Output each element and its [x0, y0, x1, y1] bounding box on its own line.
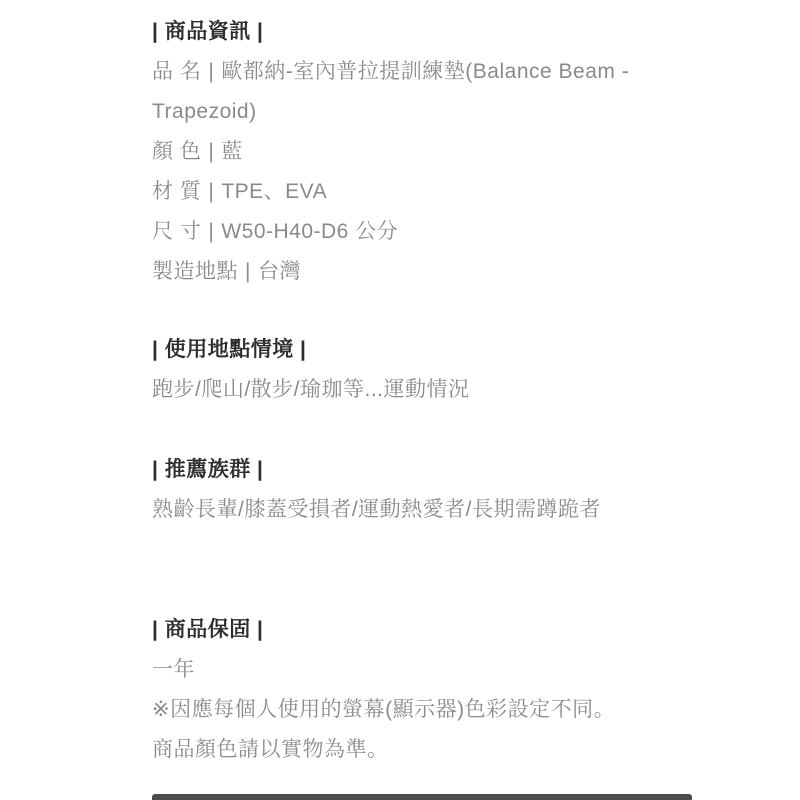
section-warranty: | 商品保固 | 一年 ※因應每個人使用的螢幕(顯示器)色彩設定不同。 商品顏色…: [152, 610, 652, 770]
usage-context-body: 跑步/爬山/散步/瑜珈等...運動情況: [152, 370, 652, 410]
spec-label: 顏 色: [152, 140, 201, 163]
section-product-info: | 商品資訊 | 品 名|歐都納-室內普拉提訓練墊(Balance Beam -…: [152, 12, 652, 292]
spec-label: 材 質: [152, 180, 201, 203]
spec-separator: |: [238, 260, 258, 283]
spec-row-material: 材 質|TPE、EVA: [152, 172, 652, 212]
warranty-body: 一年: [152, 650, 652, 690]
spec-separator: |: [201, 60, 221, 83]
product-description-panel: | 商品資訊 | 品 名|歐都納-室內普拉提訓練墊(Balance Beam -…: [152, 12, 652, 770]
section-usage-context: | 使用地點情境 | 跑步/爬山/散步/瑜珈等...運動情況: [152, 330, 652, 410]
section-recommended-audience: | 推薦族群 | 熟齡長輩/膝蓋受損者/運動熱愛者/長期需蹲跪者: [152, 450, 652, 530]
color-disclaimer-line-2: 商品顏色請以實物為準。: [152, 730, 652, 770]
spec-value: 藍: [221, 140, 243, 163]
spec-value: 歐都納-室內普拉提訓練墊(Balance Beam - Trapezoid): [152, 60, 629, 123]
spec-label: 尺 寸: [152, 220, 201, 243]
spec-label: 製造地點: [152, 260, 238, 283]
product-info-heading: | 商品資訊 |: [152, 12, 652, 52]
color-disclaimer-line-1: ※因應每個人使用的螢幕(顯示器)色彩設定不同。: [152, 690, 652, 730]
recommended-audience-body: 熟齡長輩/膝蓋受損者/運動熱愛者/長期需蹲跪者: [152, 490, 652, 530]
spec-value: W50-H40-D6 公分: [221, 220, 398, 243]
recommended-audience-heading: | 推薦族群 |: [152, 450, 652, 490]
spec-value: TPE、EVA: [221, 180, 327, 203]
usage-context-heading: | 使用地點情境 |: [152, 330, 652, 370]
spec-separator: |: [201, 140, 221, 163]
spec-row-color: 顏 色|藍: [152, 132, 652, 172]
spec-separator: |: [201, 220, 221, 243]
spec-row-origin: 製造地點|台灣: [152, 252, 652, 292]
bottom-divider-bar: [152, 794, 692, 800]
spec-value: 台灣: [258, 260, 301, 283]
spec-row-size: 尺 寸|W50-H40-D6 公分: [152, 212, 652, 252]
spec-row-name: 品 名|歐都納-室內普拉提訓練墊(Balance Beam - Trapezoi…: [152, 52, 652, 132]
warranty-heading: | 商品保固 |: [152, 610, 652, 650]
spec-separator: |: [201, 180, 221, 203]
spec-label: 品 名: [152, 60, 201, 83]
